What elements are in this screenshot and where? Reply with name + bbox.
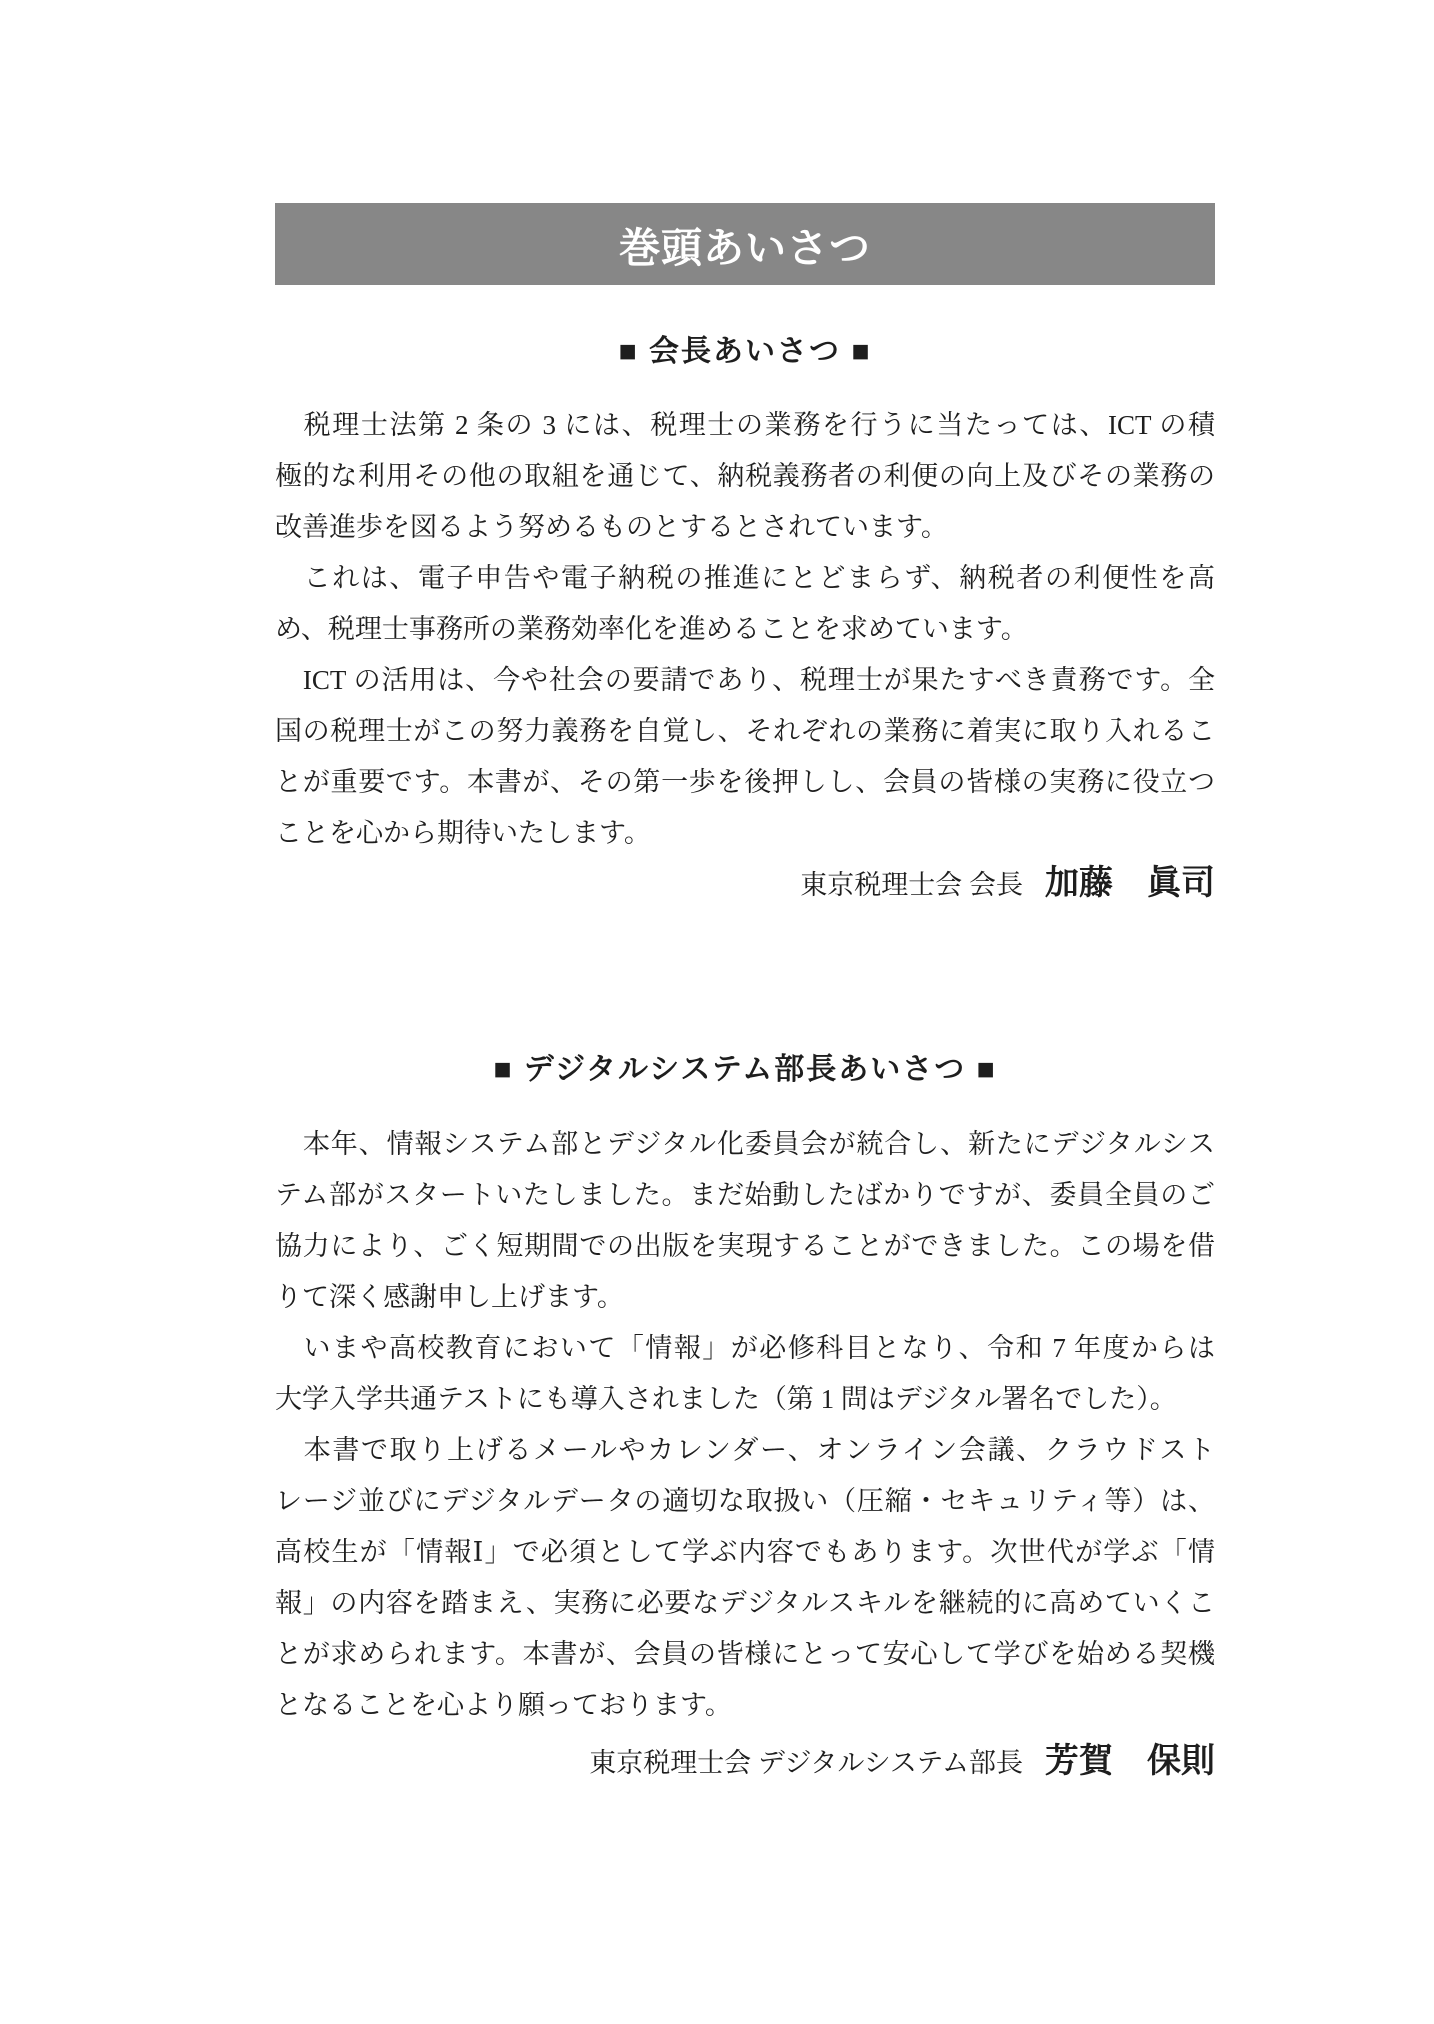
text-line: ことを心から期待いたします。 [275,808,1215,859]
text-line: となることを心より願っております。 [275,1680,1215,1731]
paragraph: 税理士法第 2 条の 3 には、税理士の業務を行うに当たっては、ICT の積 極… [275,400,1215,553]
text-line: これは、電子申告や電子納税の推進にとどまらず、納税者の利便性を高 [275,553,1215,604]
signature-digital-chief: 東京税理士会 デジタルシステム部長芳賀 保則 [275,1737,1215,1793]
content-column: 巻頭あいさつ ■ 会長あいさつ ■ 税理士法第 2 条の 3 には、税理士の業務… [275,0,1215,1793]
text-line: ICT の活用は、今や社会の要請であり、税理士が果たすべき責務です。全 [275,655,1215,706]
text-line: 国の税理士がこの努力義務を自覚し、それぞれの業務に着実に取り入れるこ [275,706,1215,757]
signature-chairman: 東京税理士会 会長加藤 眞司 [275,859,1215,915]
paragraph: いまや高校教育において「情報」が必修科目となり、令和 7 年度からは 大学入学共… [275,1323,1215,1425]
text-line: レージ並びにデジタルデータの適切な取扱い（圧縮・セキュリティ等）は、 [275,1476,1215,1527]
paragraph: ICT の活用は、今や社会の要請であり、税理士が果たすべき責務です。全 国の税理… [275,655,1215,859]
paragraph: 本年、情報システム部とデジタル化委員会が統合し、新たにデジタルシス テム部がスタ… [275,1119,1215,1323]
signature-name: 芳賀 保則 [1045,1743,1215,1780]
text-line: 本書で取り上げるメールやカレンダー、オンライン会議、クラウドスト [275,1425,1215,1476]
signature-role: 東京税理士会 会長 [800,870,1023,900]
paragraph: 本書で取り上げるメールやカレンダー、オンライン会議、クラウドスト レージ並びにデ… [275,1425,1215,1731]
text-line: 本年、情報システム部とデジタル化委員会が統合し、新たにデジタルシス [275,1119,1215,1170]
chapter-banner: 巻頭あいさつ [275,203,1215,285]
section-heading-chairman: ■ 会長あいさつ ■ [275,333,1215,371]
text-line: とが求められます。本書が、会員の皆様にとって安心して学びを始める契機 [275,1629,1215,1680]
section-heading-digital-chief: ■ デジタルシステム部長あいさつ ■ [275,1051,1215,1089]
text-line: 改善進歩を図るよう努めるものとするとされています。 [275,502,1215,553]
text-line: 極的な利用その他の取組を通じて、納税義務者の利便の向上及びその業務の [275,451,1215,502]
section-body-chairman: 税理士法第 2 条の 3 には、税理士の業務を行うに当たっては、ICT の積 極… [275,400,1215,859]
text-line: とが重要です。本書が、その第一歩を後押しし、会員の皆様の実務に役立つ [275,757,1215,808]
text-line: 高校生が「情報Ⅰ」で必須として学ぶ内容でもあります。次世代が学ぶ「情 [275,1527,1215,1578]
chapter-banner-title: 巻頭あいさつ [619,215,871,274]
text-line: 大学入学共通テストにも導入されました（第 1 問はデジタル署名でした）。 [275,1374,1215,1425]
text-line: いまや高校教育において「情報」が必修科目となり、令和 7 年度からは [275,1323,1215,1374]
text-line: テム部がスタートいたしました。まだ始動したばかりですが、委員全員のご [275,1170,1215,1221]
document-page: 巻頭あいさつ ■ 会長あいさつ ■ 税理士法第 2 条の 3 には、税理士の業務… [0,0,1434,2024]
signature-role: 東京税理士会 デジタルシステム部長 [589,1748,1023,1778]
text-line: 税理士法第 2 条の 3 には、税理士の業務を行うに当たっては、ICT の積 [275,400,1215,451]
text-line: りて深く感謝申し上げます。 [275,1272,1215,1323]
paragraph: これは、電子申告や電子納税の推進にとどまらず、納税者の利便性を高 め、税理士事務… [275,553,1215,655]
text-line: 協力により、ごく短期間での出版を実現することができました。この場を借 [275,1221,1215,1272]
text-line: め、税理士事務所の業務効率化を進めることを求めています。 [275,604,1215,655]
section-body-digital-chief: 本年、情報システム部とデジタル化委員会が統合し、新たにデジタルシス テム部がスタ… [275,1119,1215,1731]
signature-name: 加藤 眞司 [1045,865,1215,902]
text-line: 報」の内容を踏まえ、実務に必要なデジタルスキルを継続的に高めていくこ [275,1578,1215,1629]
